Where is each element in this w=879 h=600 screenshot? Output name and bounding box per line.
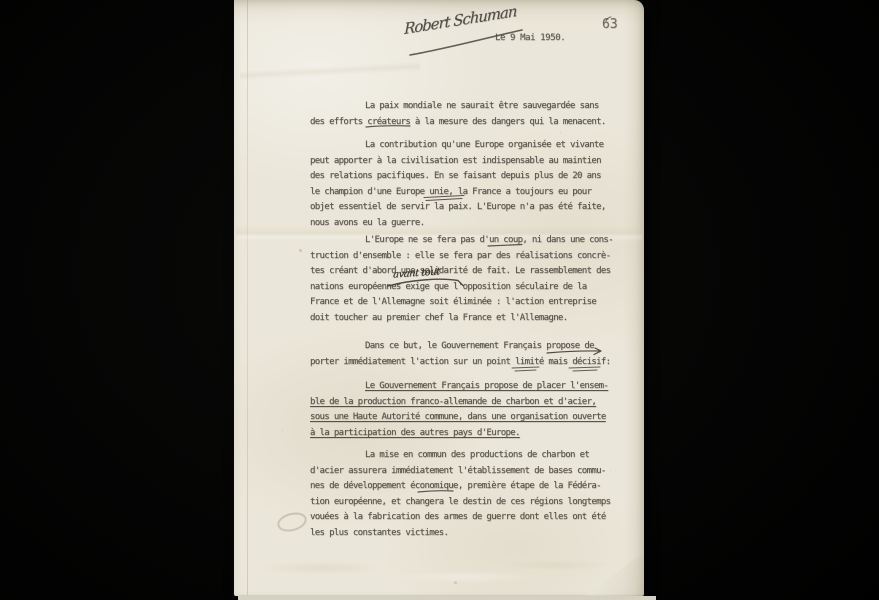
paragraph-proposition-underlined: Le Gouvernement Français propose de plac… bbox=[310, 379, 608, 441]
typed-line: La mise en commun des productions de cha… bbox=[310, 448, 610, 464]
typed-line: peut apporter à la civilisation est indi… bbox=[310, 154, 606, 170]
typed-line: Dans ce but, le Gouvernement Français pr… bbox=[310, 339, 610, 355]
typed-line: doit toucher au premier chef la France e… bbox=[310, 311, 613, 327]
paragraph-world-peace: La paix mondiale ne saurait être sauvega… bbox=[310, 99, 606, 130]
typed-line: tes créant d'abord une solidarité de fai… bbox=[310, 264, 613, 280]
typed-line: L'Europe ne se fera pas d'un coup, ni da… bbox=[310, 233, 613, 249]
page-number: 63 bbox=[602, 17, 618, 33]
typed-line: des efforts créateurs à la mesure des da… bbox=[310, 115, 606, 131]
typed-line: le champion d'une Europe unie, la France… bbox=[310, 185, 606, 201]
typed-line: France et de l'Allemagne soit éliminée :… bbox=[310, 295, 613, 311]
paragraph-mise-en-commun: La mise en commun des productions de cha… bbox=[310, 448, 610, 541]
typed-date: Le 9 Mai 1950. bbox=[495, 31, 565, 47]
typed-line: Le Gouvernement Français propose de plac… bbox=[310, 379, 608, 395]
paragraph-europe-ne-se-fera: L'Europe ne se fera pas d'un coup, ni da… bbox=[310, 233, 613, 326]
typed-line: La contribution qu'une Europe organisée … bbox=[310, 138, 606, 154]
typed-line: tion européenne, et changera le destin d… bbox=[310, 495, 610, 511]
typed-line: truction d'ensemble : elle se fera par d… bbox=[310, 249, 613, 265]
typed-line: à la participation des autres pays d'Eur… bbox=[310, 426, 608, 442]
typed-line: les plus constantes victimes. bbox=[310, 526, 610, 542]
typed-line: porter immédiatement l'action sur un poi… bbox=[310, 355, 610, 371]
typed-line: ble de la production franco-allemande de… bbox=[310, 395, 608, 411]
typed-line: nous avons eu la guerre. bbox=[310, 216, 606, 232]
paper-wrinkles bbox=[250, 556, 610, 586]
typed-line: sous une Haute Autorité commune, dans un… bbox=[310, 410, 608, 426]
paragraph-contribution-europe: La contribution qu'une Europe organisée … bbox=[310, 138, 606, 231]
paper-crease-vertical bbox=[247, 0, 248, 595]
typed-line: objet essentiel de servir la paix. L'Eur… bbox=[310, 200, 606, 216]
typed-line: d'acier assurera immédiatement l'établis… bbox=[310, 464, 610, 480]
typed-line: des relations pacifiques. En se faisant … bbox=[310, 169, 606, 185]
photograph-of-document: Robert Schuman Le 9 Mai 1950. 63 La paix… bbox=[0, 0, 879, 600]
typed-line: nes de développement économique, premièr… bbox=[310, 479, 610, 495]
typed-line: nations européennes exige que l'oppositi… bbox=[310, 280, 613, 296]
paper-specks bbox=[0, 0, 1, 1]
typed-line: vouées à la fabrication des armes de gue… bbox=[310, 510, 610, 526]
paragraph-dans-ce-but: Dans ce but, le Gouvernement Français pr… bbox=[310, 339, 610, 370]
typed-line: La paix mondiale ne saurait être sauvega… bbox=[310, 99, 606, 115]
underlying-sheet-edge bbox=[238, 596, 656, 600]
